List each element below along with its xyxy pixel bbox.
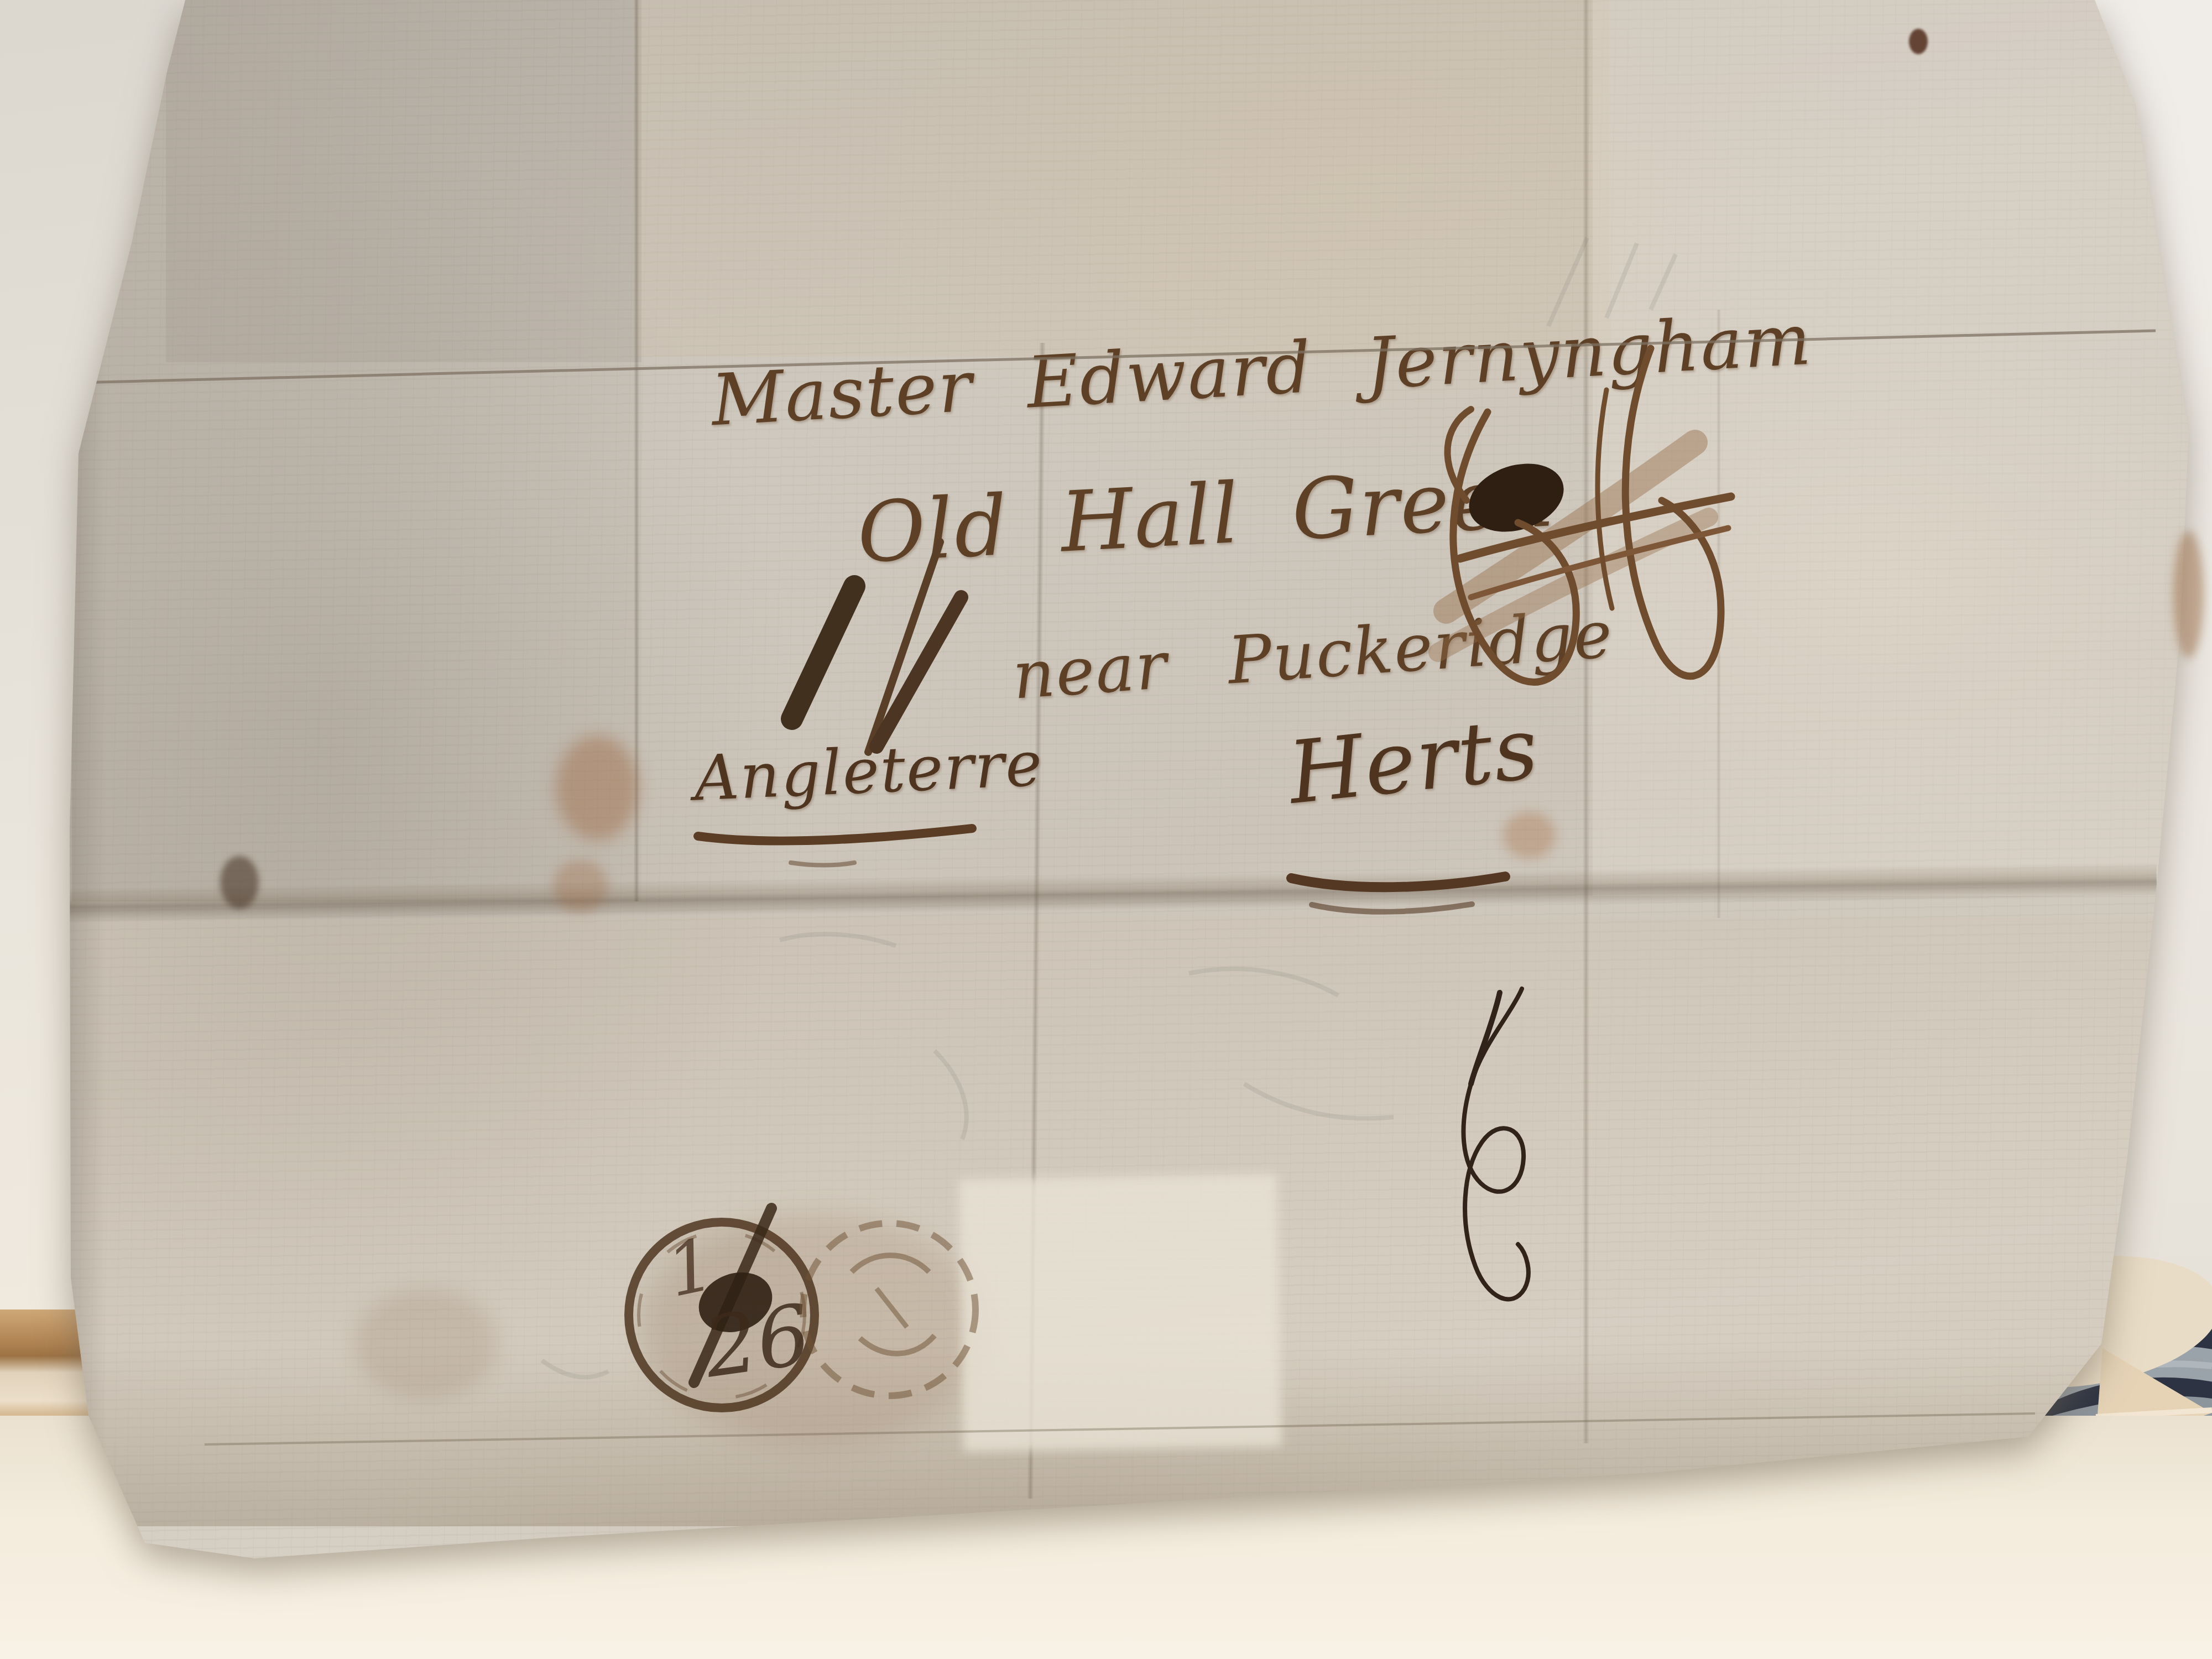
underline-flourishes <box>698 828 1505 912</box>
rate-mark-stroke <box>877 597 961 747</box>
letter-paper: Master Edward Jernyngham Old Hall Green … <box>0 0 2212 1659</box>
postmark-circular-right <box>803 1223 975 1396</box>
ink-scribble <box>1438 348 1731 682</box>
rate-mark-1-1 <box>792 542 961 752</box>
herts-underline <box>1291 877 1505 887</box>
ink-marks-layer: 1 26 <box>0 0 2212 1659</box>
photo-of-historic-letter: Master Edward Jernyngham Old Hall Green … <box>0 0 2212 1659</box>
postmark-circular-left: 1 26 <box>629 1208 816 1408</box>
manuscript-figure-8 <box>1463 989 1528 1299</box>
angleterre-underline <box>698 828 972 841</box>
angleterre-underline-2 <box>791 863 854 865</box>
herts-underline-2 <box>1312 904 1472 912</box>
bottom-fold-line <box>205 1413 2035 1444</box>
rate-mark-stroke <box>792 586 854 719</box>
postmark-digits: 26 <box>698 1287 816 1397</box>
figure-8-entry-stroke <box>1471 993 1500 1084</box>
letter-wrap: Master Edward Jernyngham Old Hall Green … <box>0 0 2212 1659</box>
flap-fold-line <box>77 331 2156 383</box>
ghost-show-through <box>542 238 1676 1377</box>
